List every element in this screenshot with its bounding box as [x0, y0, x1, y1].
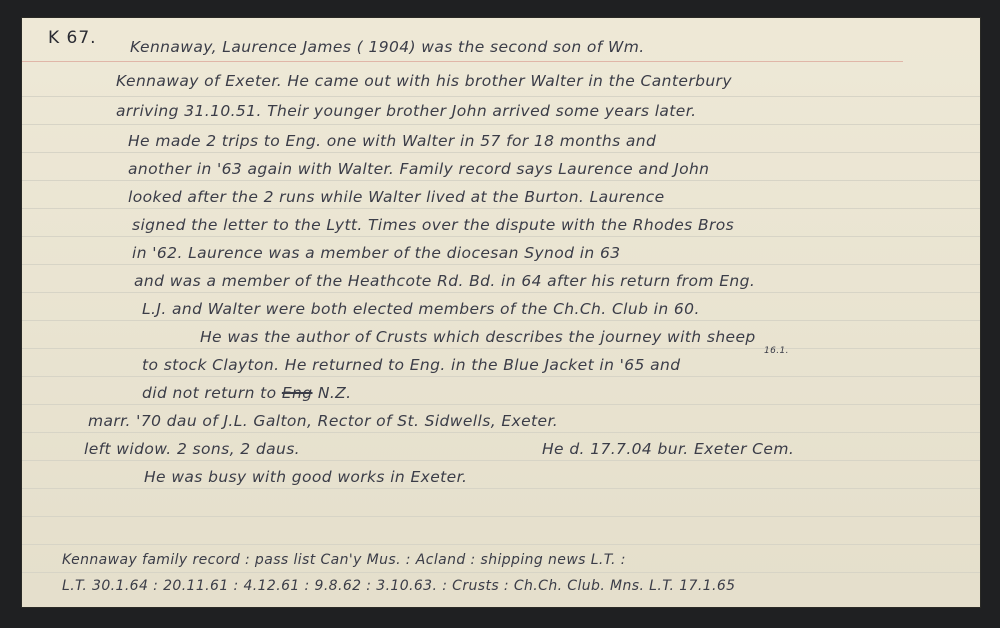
ruled-line: [22, 152, 980, 153]
sources-line: L.T. 30.1.64 : 20.11.61 : 4.12.61 : 9.8.…: [62, 578, 735, 594]
ruled-line: [22, 544, 980, 545]
card-line: left widow. 2 sons, 2 daus.: [84, 440, 300, 458]
card-line: He was busy with good works in Exeter.: [144, 468, 467, 486]
card-line: looked after the 2 runs while Walter liv…: [128, 188, 665, 206]
card-line: signed the letter to the Lytt. Times ove…: [132, 216, 734, 234]
card-line: marr. '70 dau of J.L. Galton, Rector of …: [88, 412, 558, 430]
ruled-line: [22, 264, 980, 265]
card-line: in '62. Laurence was a member of the dio…: [132, 244, 621, 262]
ruled-line: [22, 460, 980, 461]
viewer-backdrop: K 67. Kennaway, Laurence James ( 1904) w…: [0, 0, 1000, 628]
ruled-line: [22, 236, 980, 237]
ruled-line: [22, 208, 980, 209]
card-line: did not return to Eng N.Z.: [142, 384, 352, 402]
card-line: Kennaway of Exeter. He came out with his…: [116, 72, 732, 90]
ruled-line: [22, 96, 980, 97]
ruled-line: [22, 180, 980, 181]
sources-line: Kennaway family record : pass list Can'y…: [62, 552, 626, 568]
ruled-line: [22, 376, 980, 377]
card-line: He was the author of Crusts which descri…: [200, 328, 756, 346]
card-line: arriving 31.10.51. Their younger brother…: [116, 102, 696, 120]
ruled-line: [22, 516, 980, 517]
superscript-date: 16.1.: [764, 346, 789, 356]
card-line: another in '63 again with Walter. Family…: [128, 160, 709, 178]
ruled-line: [22, 348, 980, 349]
ruled-line: [22, 432, 980, 433]
line-tail: N.Z.: [318, 384, 352, 402]
card-line: to stock Clayton. He returned to Eng. in…: [142, 356, 681, 374]
ruled-line: [22, 292, 980, 293]
header-rule: [22, 61, 903, 62]
ruled-line: [22, 404, 980, 405]
card-line: and was a member of the Heathcote Rd. Bd…: [134, 272, 755, 290]
card-id: K 67.: [48, 28, 97, 48]
ruled-line: [22, 572, 980, 573]
ruled-line: [22, 124, 980, 125]
ruled-line: [22, 488, 980, 489]
card-line: Kennaway, Laurence James ( 1904) was the…: [130, 38, 645, 56]
card-line: L.J. and Walter were both elected member…: [142, 300, 700, 318]
line-text: did not return to: [142, 384, 277, 402]
card-line: He d. 17.7.04 bur. Exeter Cem.: [542, 440, 794, 458]
card-line: He made 2 trips to Eng. one with Walter …: [128, 132, 656, 150]
index-card: K 67. Kennaway, Laurence James ( 1904) w…: [22, 18, 980, 607]
ruled-line: [22, 320, 980, 321]
struck-word: Eng: [282, 384, 313, 402]
